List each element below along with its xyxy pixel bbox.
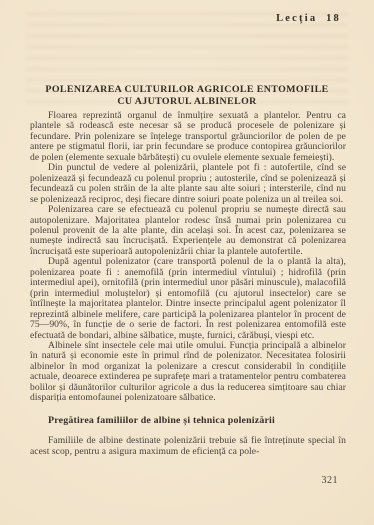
chapter-title-line-1: POLENIZAREA CULTURILOR AGRICOLE ENTOMOFI… [0,84,374,96]
paragraph-plant-fertility-types: Din punctul de vedere al polenizării, pl… [30,163,346,205]
section-heading-pregatirea-familiilor: Pregătirea familiilor de albine și tehni… [30,416,346,426]
paragraph-bees-usefulness: Albinele sînt insectele cele mai utile o… [30,341,346,404]
paragraph-bee-families-preparation: Familiile de albine destinate polenizări… [30,436,346,457]
page-number: 321 [322,475,339,486]
paragraph-flower-reproduction: Floarea reprezintă organul de înmulțire … [30,111,346,163]
body-text-column: Floarea reprezintă organul de înmulțire … [30,111,346,457]
paragraph-direct-vs-cross-pollination: Polenizarea care se efectuează cu polenu… [30,205,346,257]
book-page: Lecția 18 POLENIZAREA CULTURILOR AGRICOL… [0,0,374,525]
lesson-header-label: Lecția 18 [276,13,341,24]
chapter-title-line-2: CU AJUTORUL ALBINELOR [0,96,374,108]
chapter-title: POLENIZAREA CULTURILOR AGRICOLE ENTOMOFI… [0,84,374,107]
paragraph-pollination-agents: După agentul polenizator (care transport… [30,257,346,341]
